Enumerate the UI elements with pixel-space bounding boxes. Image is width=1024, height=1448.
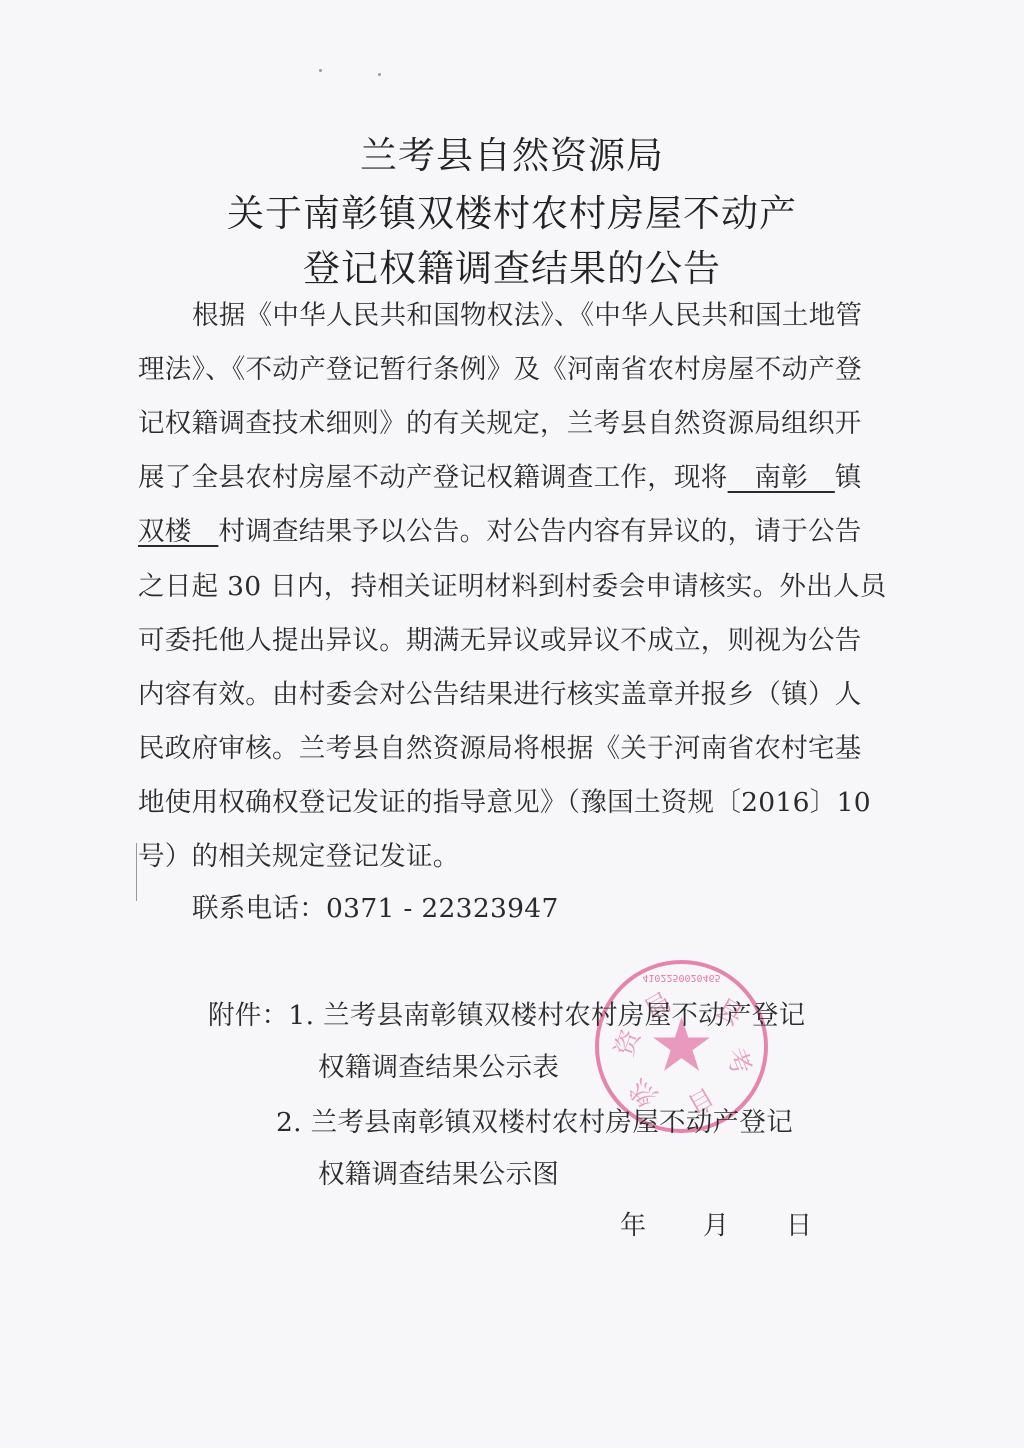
body-line-4: 展了全县农村房屋不动产登记权籍调查工作，现将 南彰 镇 xyxy=(138,455,888,494)
attachment-1-line-2: 权籍调查结果公示表 xyxy=(318,1045,1024,1084)
village-name: 双楼 xyxy=(138,516,218,547)
title-line-2: 关于南彰镇双楼村农村房屋不动产 xyxy=(0,183,1024,237)
title-line-3: 登记权籍调查结果的公告 xyxy=(0,238,1024,292)
body-line-11: 号）的相关规定登记发证。 xyxy=(138,834,888,873)
title-line-1: 兰考县自然资源局 xyxy=(0,125,1024,179)
document-page: 兰考县自然资源局 关于南彰镇双楼村农村房屋不动产 登记权籍调查结果的公告 根据《… xyxy=(0,0,1024,1448)
body-line-8: 内容有效。由村委会对公告结果进行核实盖章并报乡（镇）人 xyxy=(138,672,888,711)
body-line-10: 地使用权确权登记发证的指导意见》（豫国土资规〔2016〕10 xyxy=(138,780,888,819)
body-line-3: 记权籍调查技术细则》的有关规定，兰考县自然资源局组织开 xyxy=(138,401,888,440)
contact-label: 联系电话： xyxy=(192,893,326,924)
body-line-4-text: 展了全县农村房屋不动产登记权籍调查工作，现将 xyxy=(138,462,728,493)
seal-number: 4102250020465 xyxy=(599,972,764,983)
body-line-5-text: 村调查结果予以公告。对公告内容有异议的，请于公告 xyxy=(218,516,861,547)
date-year: 年 xyxy=(620,1205,646,1242)
scan-speck xyxy=(319,69,322,72)
attachment-1-num: 1. xyxy=(288,1000,314,1031)
contact-phone: 0371 - 22323947 xyxy=(326,893,559,924)
town-name: 南彰 xyxy=(728,462,835,493)
date-month: 月 xyxy=(703,1205,729,1242)
attachment-2-line-1: 2. 兰考县南彰镇双楼村农村房屋不动产登记 xyxy=(276,1100,1024,1139)
body-line-5: 双楼 村调查结果予以公告。对公告内容有异议的，请于公告 xyxy=(138,509,888,548)
attachment-2-title: 兰考县南彰镇双楼村农村房屋不动产登记 xyxy=(311,1107,793,1138)
attachment-1-title: 兰考县南彰镇双楼村农村房屋不动产登记 xyxy=(323,1000,805,1031)
scan-speck xyxy=(378,73,381,76)
body-line-6: 之日起 30 日内，持相关证明材料到村委会申请核实。外出人员 xyxy=(138,564,888,603)
attachment-2-line-2: 权籍调查结果公示图 xyxy=(318,1152,1024,1191)
body-line-9: 民政府审核。兰考县自然资源局将根据《关于河南省农村宅基 xyxy=(138,726,888,765)
attachment-2-num: 2. xyxy=(276,1107,302,1138)
town-suffix: 镇 xyxy=(835,462,862,493)
attachments-label: 附件： xyxy=(208,1000,288,1031)
margin-mark xyxy=(136,843,137,901)
date-day: 日 xyxy=(786,1205,812,1242)
attachment-1-line-1: 附件：1. 兰考县南彰镇双楼村农村房屋不动产登记 xyxy=(208,993,958,1032)
body-line-1: 根据《中华人民共和国物权法》、《中华人民共和国土地管 xyxy=(192,293,942,332)
body-line-2: 理法》、《不动产登记暂行条例》及《河南省农村房屋不动产登 xyxy=(138,347,888,386)
contact-line: 联系电话：0371 - 22323947 xyxy=(192,886,942,925)
body-line-7: 可委托他人提出异议。期满无异议或异议不成立，则视为公告 xyxy=(138,618,888,657)
